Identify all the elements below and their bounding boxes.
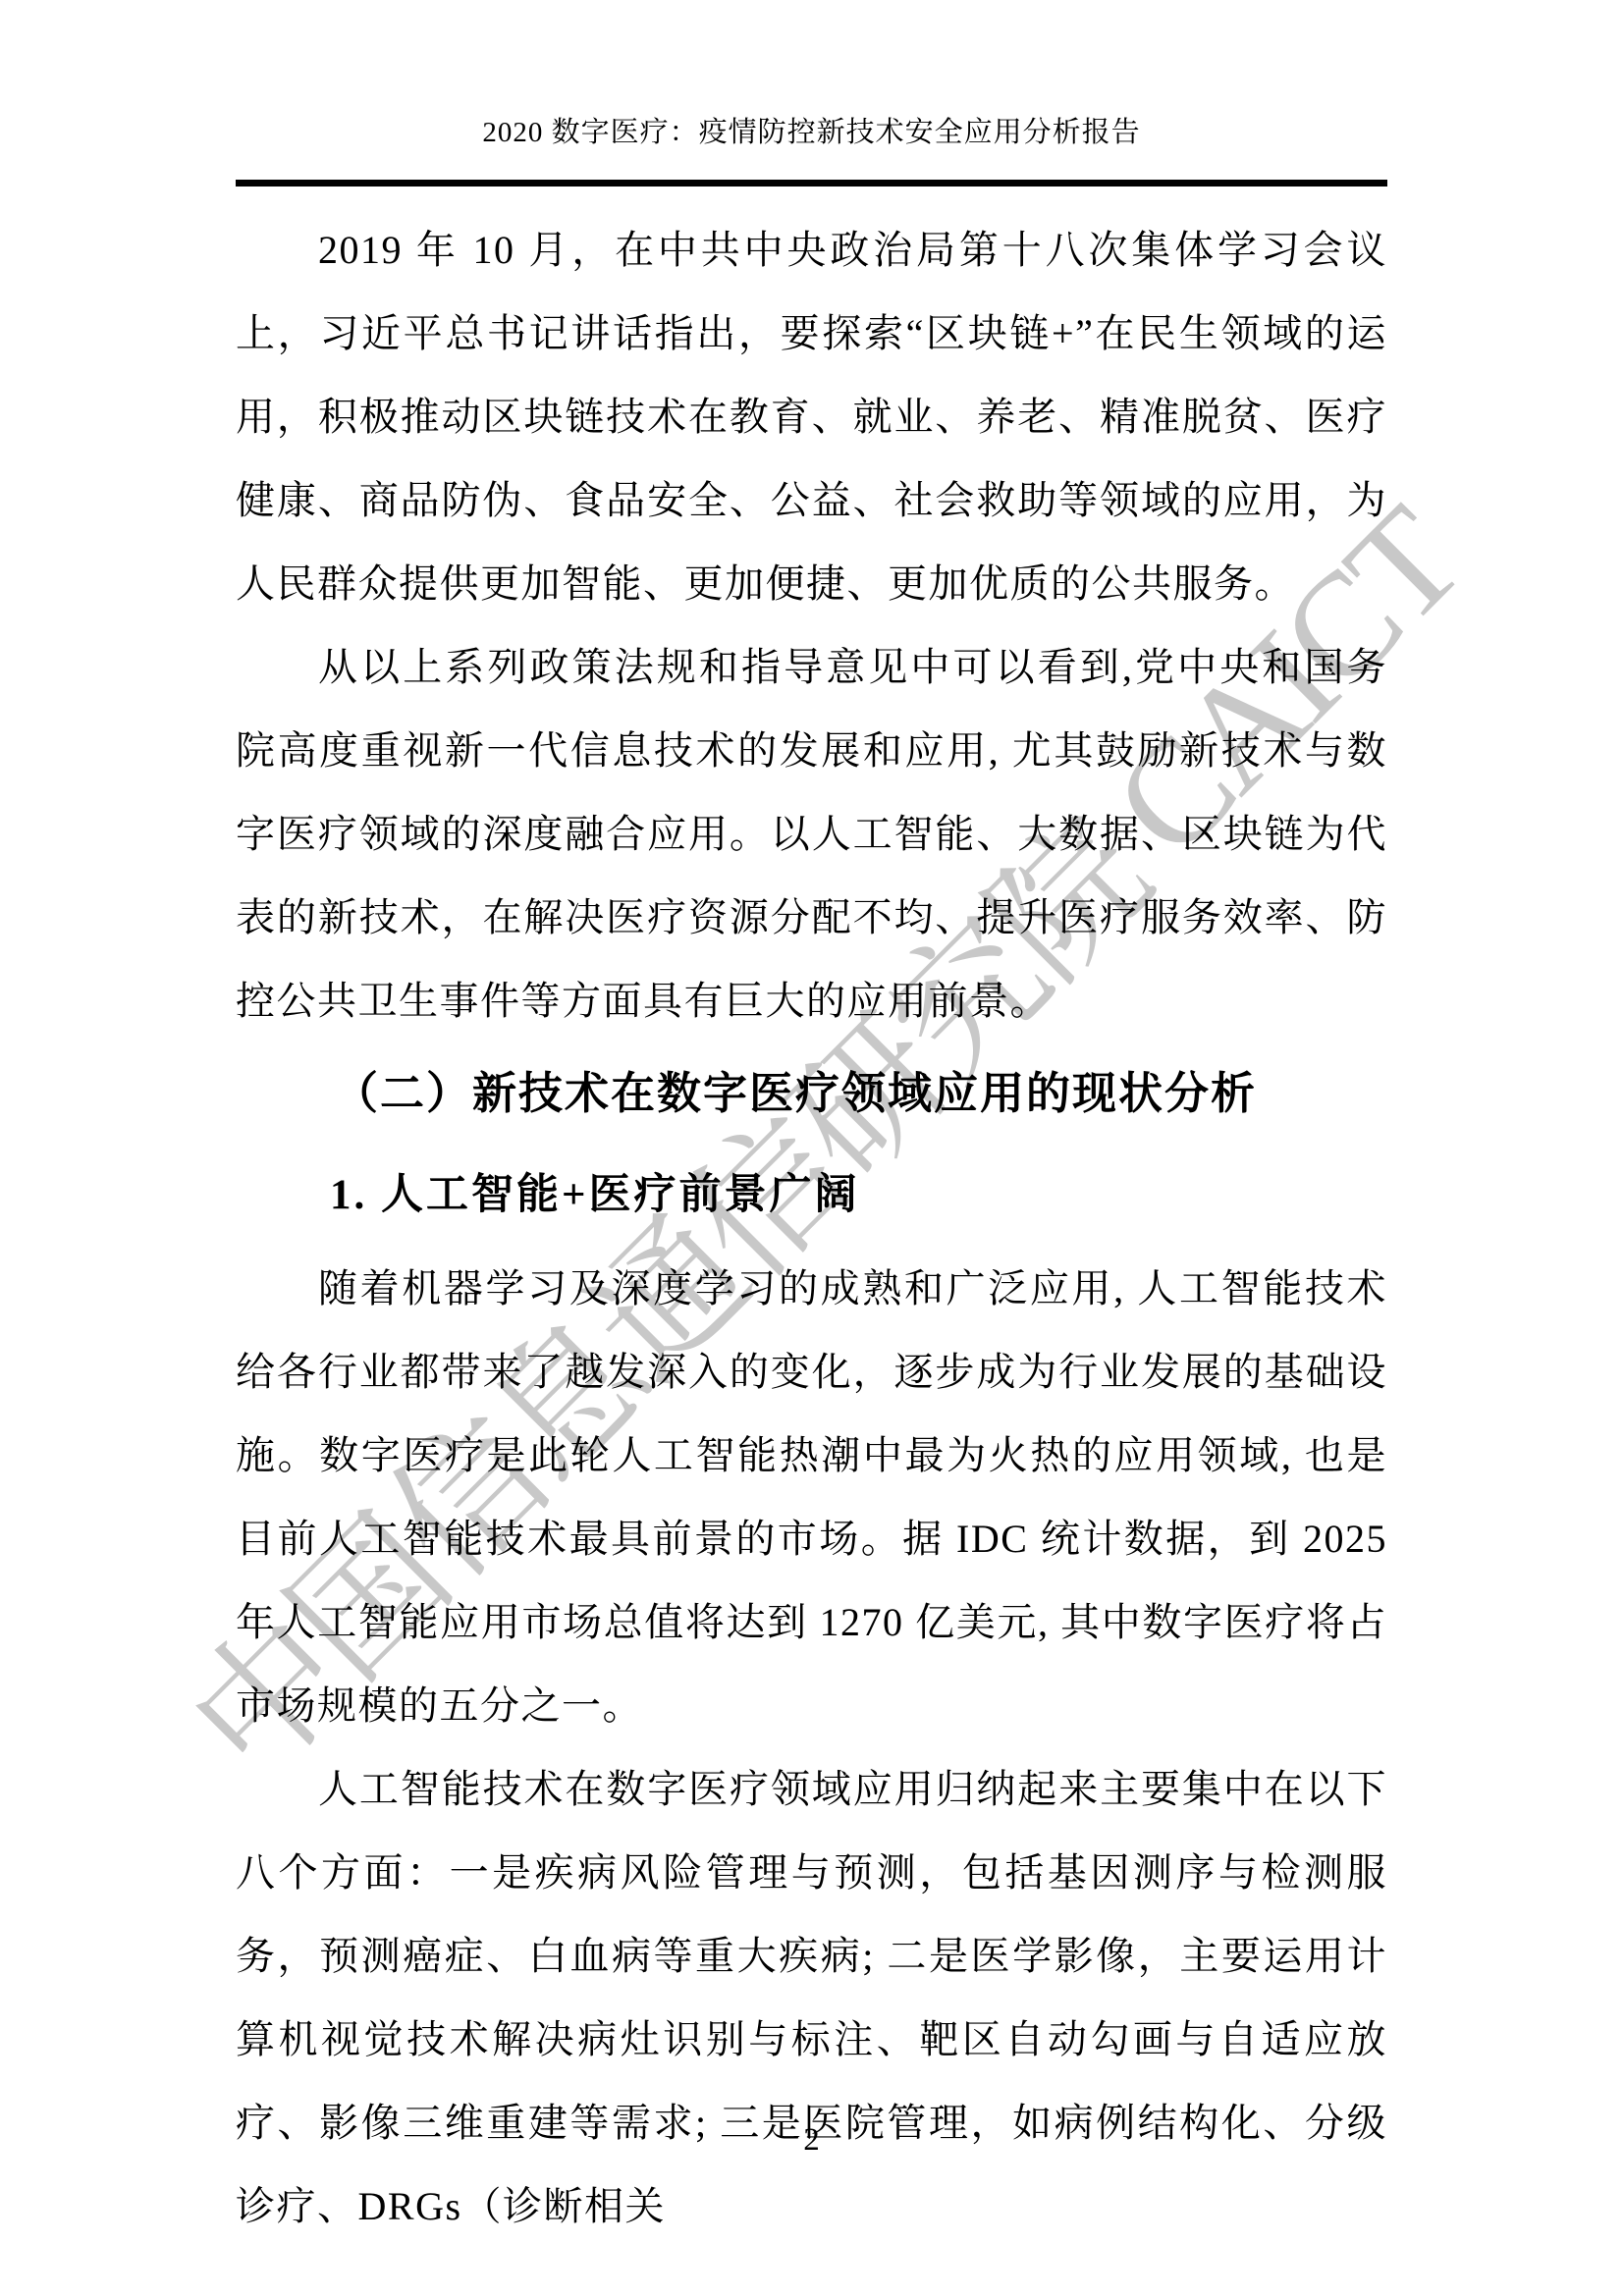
body-paragraph: 2019 年 10 月，在中共中央政治局第十八次集体学习会议上，习近平总书记讲话…	[236, 208, 1387, 625]
document-body: 2019 年 10 月，在中共中央政治局第十八次集体学习会议上，习近平总书记讲话…	[236, 208, 1387, 2248]
page-number: 2	[0, 2122, 1623, 2159]
page-header-title: 2020 数字医疗：疫情防控新技术安全应用分析报告	[236, 110, 1387, 150]
body-paragraph: 从以上系列政策法规和指导意见中可以看到,党中央和国务院高度重视新一代信息技术的发…	[236, 625, 1387, 1042]
document-page: 中国信息通信研究院 CAICT 2020 数字医疗：疫情防控新技术安全应用分析报…	[0, 0, 1623, 2296]
subsection-heading: 1. 人工智能+医疗前景广阔	[236, 1145, 1387, 1247]
body-paragraph: 人工智能技术在数字医疗领域应用归纳起来主要集中在以下八个方面：一是疾病风险管理与…	[236, 1747, 1387, 2248]
body-paragraph: 随着机器学习及深度学习的成熟和广泛应用, 人工智能技术给各行业都带来了越发深入的…	[236, 1247, 1387, 1747]
header-rule	[236, 180, 1387, 187]
section-heading: （二）新技术在数字医疗领域应用的现状分析	[236, 1042, 1387, 1145]
